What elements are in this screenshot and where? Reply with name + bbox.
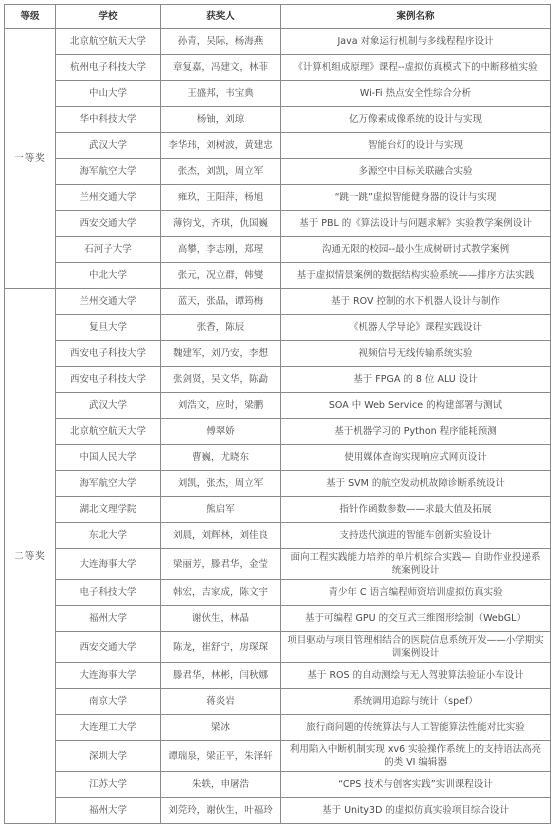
table-row: 江苏大学朱轶，申屠浩“CPS 技术与创客实践”实训课程设计 <box>5 772 551 798</box>
case-name-cell: 《计算机组成原理》课程--虚拟仿真模式下的中断移植实验 <box>281 55 551 81</box>
winners-cell: 李华玮，刘树波，黄建忠 <box>161 133 281 159</box>
school-cell: 兰州交通大学 <box>56 185 161 211</box>
table-row: 复旦大学张香，陈辰《机器人学导论》课程实践设计 <box>5 315 551 341</box>
case-name-cell: 基于 PBL 的《算法设计与问题求解》实验教学案例设计 <box>281 211 551 237</box>
winners-cell: 滕君华，林彬，闫秋娜 <box>161 663 281 689</box>
case-name-cell: 指针作函数参数——求最大值及拓展 <box>281 497 551 523</box>
winners-cell: 熊启军 <box>161 497 281 523</box>
school-cell: 西安交通大学 <box>56 211 161 237</box>
case-name-cell: 智能台灯的设计与实现 <box>281 133 551 159</box>
header-school: 学校 <box>56 5 161 29</box>
case-name-cell: 基于可编程 GPU 的交互式三维图形绘制（WebGL） <box>281 606 551 632</box>
winners-cell: 傅翠娇 <box>161 419 281 445</box>
table-row: 一等奖北京航空航天大学孙青，吴际，杨海燕Java 对象运行机制与多线程程序设计 <box>5 29 551 55</box>
table-row: 华中科技大学杨铀，刘琼亿万像素成像系统的设计与实现 <box>5 107 551 133</box>
awards-table: 等级 学校 获奖人 案例名称 一等奖北京航空航天大学孙青，吴际，杨海燕Java … <box>4 4 551 824</box>
case-name-cell: 基于机器学习的 Python 程序能耗预测 <box>281 419 551 445</box>
table-row: 西安交通大学薄钧戈，齐琪，仇国巍基于 PBL 的《算法设计与问题求解》实验教学案… <box>5 211 551 237</box>
school-cell: 石河子大学 <box>56 237 161 263</box>
case-name-cell: 旅行商问题的传统算法与人工智能算法性能对比实验 <box>281 715 551 741</box>
grade-cell: 二等奖 <box>5 289 56 824</box>
school-cell: 西安电子科技大学 <box>56 367 161 393</box>
case-name-cell: 支持迭代演进的智能车创新实验设计 <box>281 523 551 549</box>
case-name-cell: 面向工程实践能力培养的单片机综合实践— 自助作业投递系统案例设计 <box>281 549 551 580</box>
school-cell: 中山大学 <box>56 81 161 107</box>
winners-cell: 梁冰 <box>161 715 281 741</box>
winners-cell: 魏建军，刘乃安，李想 <box>161 341 281 367</box>
table-row: 武汉大学李华玮，刘树波，黄建忠智能台灯的设计与实现 <box>5 133 551 159</box>
case-name-cell: 《机器人学导论》课程实践设计 <box>281 315 551 341</box>
school-cell: 华中科技大学 <box>56 107 161 133</box>
school-cell: 复旦大学 <box>56 315 161 341</box>
school-cell: 武汉大学 <box>56 133 161 159</box>
winners-cell: 韩宏，吉家成，陈文宇 <box>161 580 281 606</box>
winners-cell: 薄钧戈，齐琪，仇国巍 <box>161 211 281 237</box>
table-header: 等级 学校 获奖人 案例名称 <box>5 5 551 29</box>
winners-cell: 谢伙生，林晶 <box>161 606 281 632</box>
header-case-name: 案例名称 <box>281 5 551 29</box>
winners-cell: 曹巍，尤晓东 <box>161 445 281 471</box>
table-row: 杭州电子科技大学章复嘉，冯建文，林菲《计算机组成原理》课程--虚拟仿真模式下的中… <box>5 55 551 81</box>
school-cell: 杭州电子科技大学 <box>56 55 161 81</box>
header-grade: 等级 <box>5 5 56 29</box>
case-name-cell: 视频信号无线传输系统实验 <box>281 341 551 367</box>
header-winners: 获奖人 <box>161 5 281 29</box>
school-cell: 福州大学 <box>56 798 161 824</box>
winners-cell: 张杰，刘凯，周立军 <box>161 159 281 185</box>
winners-cell: 王盛邦，韦宝典 <box>161 81 281 107</box>
winners-cell: 谭瑞泉，梁正平，朱泽轩 <box>161 741 281 772</box>
table-row: 兰州交通大学雍玖，王阳萍，杨旭“跳一跳”虚拟智能健身器的设计与实现 <box>5 185 551 211</box>
table-row: 深圳大学谭瑞泉，梁正平，朱泽轩利用陷入中断机制实现 xv6 实验操作系统上的支持… <box>5 741 551 772</box>
table-row: 石河子大学高攀，李志刚，郑瑆沟通无限的校园--最小生成树研讨式教学案例 <box>5 237 551 263</box>
school-cell: 西安交通大学 <box>56 632 161 663</box>
school-cell: 武汉大学 <box>56 393 161 419</box>
school-cell: 电子科技大学 <box>56 580 161 606</box>
table-row: 西安电子科技大学张剑贤，吴文华，陈勐基于 FPGA 的 8 位 ALU 设计 <box>5 367 551 393</box>
table-row: 南京大学蒋炎岩系统调用追踪与统计（spef） <box>5 689 551 715</box>
case-name-cell: 多源空中目标关联融合实验 <box>281 159 551 185</box>
case-name-cell: 基于虚拟情景案例的数据结构实验系统——排序方法实践 <box>281 263 551 289</box>
awards-table-body: 一等奖北京航空航天大学孙青，吴际，杨海燕Java 对象运行机制与多线程程序设计杭… <box>5 29 551 824</box>
school-cell: 南京大学 <box>56 689 161 715</box>
winners-cell: 刘晨，刘辉林，刘佳良 <box>161 523 281 549</box>
case-name-cell: 系统调用追踪与统计（spef） <box>281 689 551 715</box>
table-row: 福州大学刘莞玲，谢伙生，叶福玲基于 Unity3D 的虚拟仿真实验项目综合设计 <box>5 798 551 824</box>
winners-cell: 刘凯，张杰，周立军 <box>161 471 281 497</box>
winners-cell: 张元，况立群，韩燮 <box>161 263 281 289</box>
school-cell: 西安电子科技大学 <box>56 341 161 367</box>
case-name-cell: 利用陷入中断机制实现 xv6 实验操作系统上的支持语法高亮的类 VI 编辑器 <box>281 741 551 772</box>
school-cell: 大连理工大学 <box>56 715 161 741</box>
case-name-cell: 基于 ROS 的自动测绘与无人驾驶算法验证小车设计 <box>281 663 551 689</box>
school-cell: 海军航空大学 <box>56 471 161 497</box>
winners-cell: 高攀，李志刚，郑瑆 <box>161 237 281 263</box>
winners-cell: 陈龙，崔舒宁，房琛琛 <box>161 632 281 663</box>
case-name-cell: 沟通无限的校园--最小生成树研讨式教学案例 <box>281 237 551 263</box>
school-cell: 湖北文理学院 <box>56 497 161 523</box>
case-name-cell: “跳一跳”虚拟智能健身器的设计与实现 <box>281 185 551 211</box>
table-row: 二等奖兰州交通大学蓝天，张晶，谭筠梅基于 ROV 控制的水下机器人设计与制作 <box>5 289 551 315</box>
case-name-cell: SOA 中 Web Service 的构建部署与测试 <box>281 393 551 419</box>
winners-cell: 杨铀，刘琼 <box>161 107 281 133</box>
table-row: 西安电子科技大学魏建军，刘乃安，李想视频信号无线传输系统实验 <box>5 341 551 367</box>
school-cell: 大连海事大学 <box>56 663 161 689</box>
case-name-cell: 使用媒体查询实现响应式网页设计 <box>281 445 551 471</box>
case-name-cell: 基于 FPGA 的 8 位 ALU 设计 <box>281 367 551 393</box>
winners-cell: 张剑贤，吴文华，陈勐 <box>161 367 281 393</box>
school-cell: 大连海事大学 <box>56 549 161 580</box>
winners-cell: 刘浩文，应时，梁鹏 <box>161 393 281 419</box>
winners-cell: 张香，陈辰 <box>161 315 281 341</box>
grade-cell: 一等奖 <box>5 29 56 289</box>
case-name-cell: 基于 SVM 的航空发动机故障诊断系统设计 <box>281 471 551 497</box>
table-row: 大连海事大学梁丽芳，滕君华，金莹面向工程实践能力培养的单片机综合实践— 自助作业… <box>5 549 551 580</box>
winners-cell: 蒋炎岩 <box>161 689 281 715</box>
case-name-cell: Wi-Fi 热点安全性综合分析 <box>281 81 551 107</box>
school-cell: 东北大学 <box>56 523 161 549</box>
case-name-cell: 青少年 C 语言编程师资培训虚拟仿真实验 <box>281 580 551 606</box>
winners-cell: 梁丽芳，滕君华，金莹 <box>161 549 281 580</box>
table-row: 武汉大学刘浩文，应时，梁鹏SOA 中 Web Service 的构建部署与测试 <box>5 393 551 419</box>
school-cell: 中北大学 <box>56 263 161 289</box>
table-row: 中北大学张元，况立群，韩燮基于虚拟情景案例的数据结构实验系统——排序方法实践 <box>5 263 551 289</box>
table-row: 西安交通大学陈龙，崔舒宁，房琛琛项目驱动与项目管理相结合的医院信息系统开发——小… <box>5 632 551 663</box>
header-row: 等级 学校 获奖人 案例名称 <box>5 5 551 29</box>
table-row: 大连理工大学梁冰旅行商问题的传统算法与人工智能算法性能对比实验 <box>5 715 551 741</box>
school-cell: 福州大学 <box>56 606 161 632</box>
case-name-cell: 基于 ROV 控制的水下机器人设计与制作 <box>281 289 551 315</box>
winners-cell: 孙青，吴际，杨海燕 <box>161 29 281 55</box>
winners-cell: 朱轶，申屠浩 <box>161 772 281 798</box>
table-row: 中国人民大学曹巍，尤晓东使用媒体查询实现响应式网页设计 <box>5 445 551 471</box>
case-name-cell: Java 对象运行机制与多线程程序设计 <box>281 29 551 55</box>
table-row: 东北大学刘晨，刘辉林，刘佳良支持迭代演进的智能车创新实验设计 <box>5 523 551 549</box>
table-row: 海军航空大学张杰，刘凯，周立军多源空中目标关联融合实验 <box>5 159 551 185</box>
table-row: 北京航空航天大学傅翠娇基于机器学习的 Python 程序能耗预测 <box>5 419 551 445</box>
table-row: 海军航空大学刘凯，张杰，周立军基于 SVM 的航空发动机故障诊断系统设计 <box>5 471 551 497</box>
school-cell: 兰州交通大学 <box>56 289 161 315</box>
winners-cell: 雍玖，王阳萍，杨旭 <box>161 185 281 211</box>
school-cell: 中国人民大学 <box>56 445 161 471</box>
winners-cell: 章复嘉，冯建文，林菲 <box>161 55 281 81</box>
table-row: 福州大学谢伙生，林晶基于可编程 GPU 的交互式三维图形绘制（WebGL） <box>5 606 551 632</box>
school-cell: 北京航空航天大学 <box>56 29 161 55</box>
table-row: 大连海事大学滕君华，林彬，闫秋娜基于 ROS 的自动测绘与无人驾驶算法验证小车设… <box>5 663 551 689</box>
school-cell: 江苏大学 <box>56 772 161 798</box>
case-name-cell: “CPS 技术与创客实践”实训课程设计 <box>281 772 551 798</box>
case-name-cell: 项目驱动与项目管理相结合的医院信息系统开发——小学期实训案例设计 <box>281 632 551 663</box>
school-cell: 海军航空大学 <box>56 159 161 185</box>
case-name-cell: 亿万像素成像系统的设计与实现 <box>281 107 551 133</box>
case-name-cell: 基于 Unity3D 的虚拟仿真实验项目综合设计 <box>281 798 551 824</box>
winners-cell: 刘莞玲，谢伙生，叶福玲 <box>161 798 281 824</box>
table-row: 中山大学王盛邦，韦宝典Wi-Fi 热点安全性综合分析 <box>5 81 551 107</box>
school-cell: 深圳大学 <box>56 741 161 772</box>
school-cell: 北京航空航天大学 <box>56 419 161 445</box>
winners-cell: 蓝天，张晶，谭筠梅 <box>161 289 281 315</box>
table-row: 湖北文理学院熊启军指针作函数参数——求最大值及拓展 <box>5 497 551 523</box>
table-row: 电子科技大学韩宏，吉家成，陈文宇青少年 C 语言编程师资培训虚拟仿真实验 <box>5 580 551 606</box>
